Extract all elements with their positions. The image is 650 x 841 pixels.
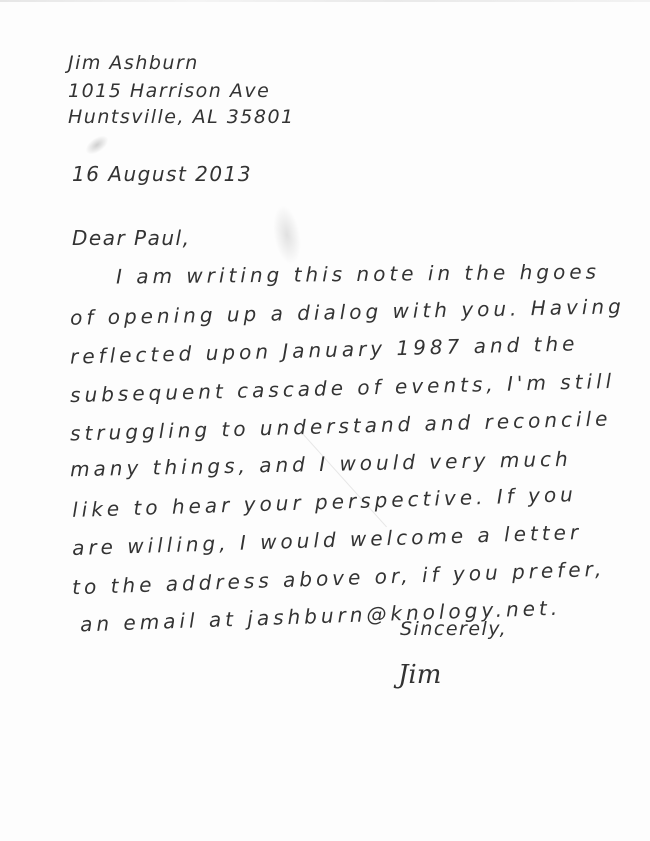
signature: Jim bbox=[398, 660, 441, 690]
body-line: many things, and I would very much bbox=[70, 447, 572, 482]
body-line: are willing, I would welcome a letter bbox=[72, 520, 583, 560]
sender-street: 1015 Harrison Ave bbox=[68, 80, 270, 102]
sender-city-state-zip: Huntsville, AL 35801 bbox=[68, 106, 295, 128]
body-line: reflected upon January 1987 and the bbox=[70, 331, 579, 368]
sender-name: Jim Ashburn bbox=[68, 52, 199, 74]
body-line: subsequent cascade of events, I'm still bbox=[70, 369, 616, 407]
closing: Sincerely, bbox=[400, 618, 507, 640]
body-line: I am writing this note in the hgoes bbox=[116, 259, 600, 288]
scan-top-edge bbox=[0, 0, 650, 2]
letter-date: 16 August 2013 bbox=[72, 162, 252, 186]
letter-page: Jim Ashburn 1015 Harrison Ave Huntsville… bbox=[0, 0, 650, 841]
smudge-mark bbox=[269, 203, 305, 267]
body-line: to the address above or, if you prefer, bbox=[72, 557, 606, 600]
body-line: like to hear your perspective. If you bbox=[72, 482, 577, 522]
salutation: Dear Paul, bbox=[72, 226, 190, 250]
smudge-mark bbox=[82, 132, 111, 158]
body-line: struggling to understand and reconcile bbox=[70, 406, 612, 445]
body-line: of opening up a dialog with you. Having bbox=[70, 294, 625, 330]
